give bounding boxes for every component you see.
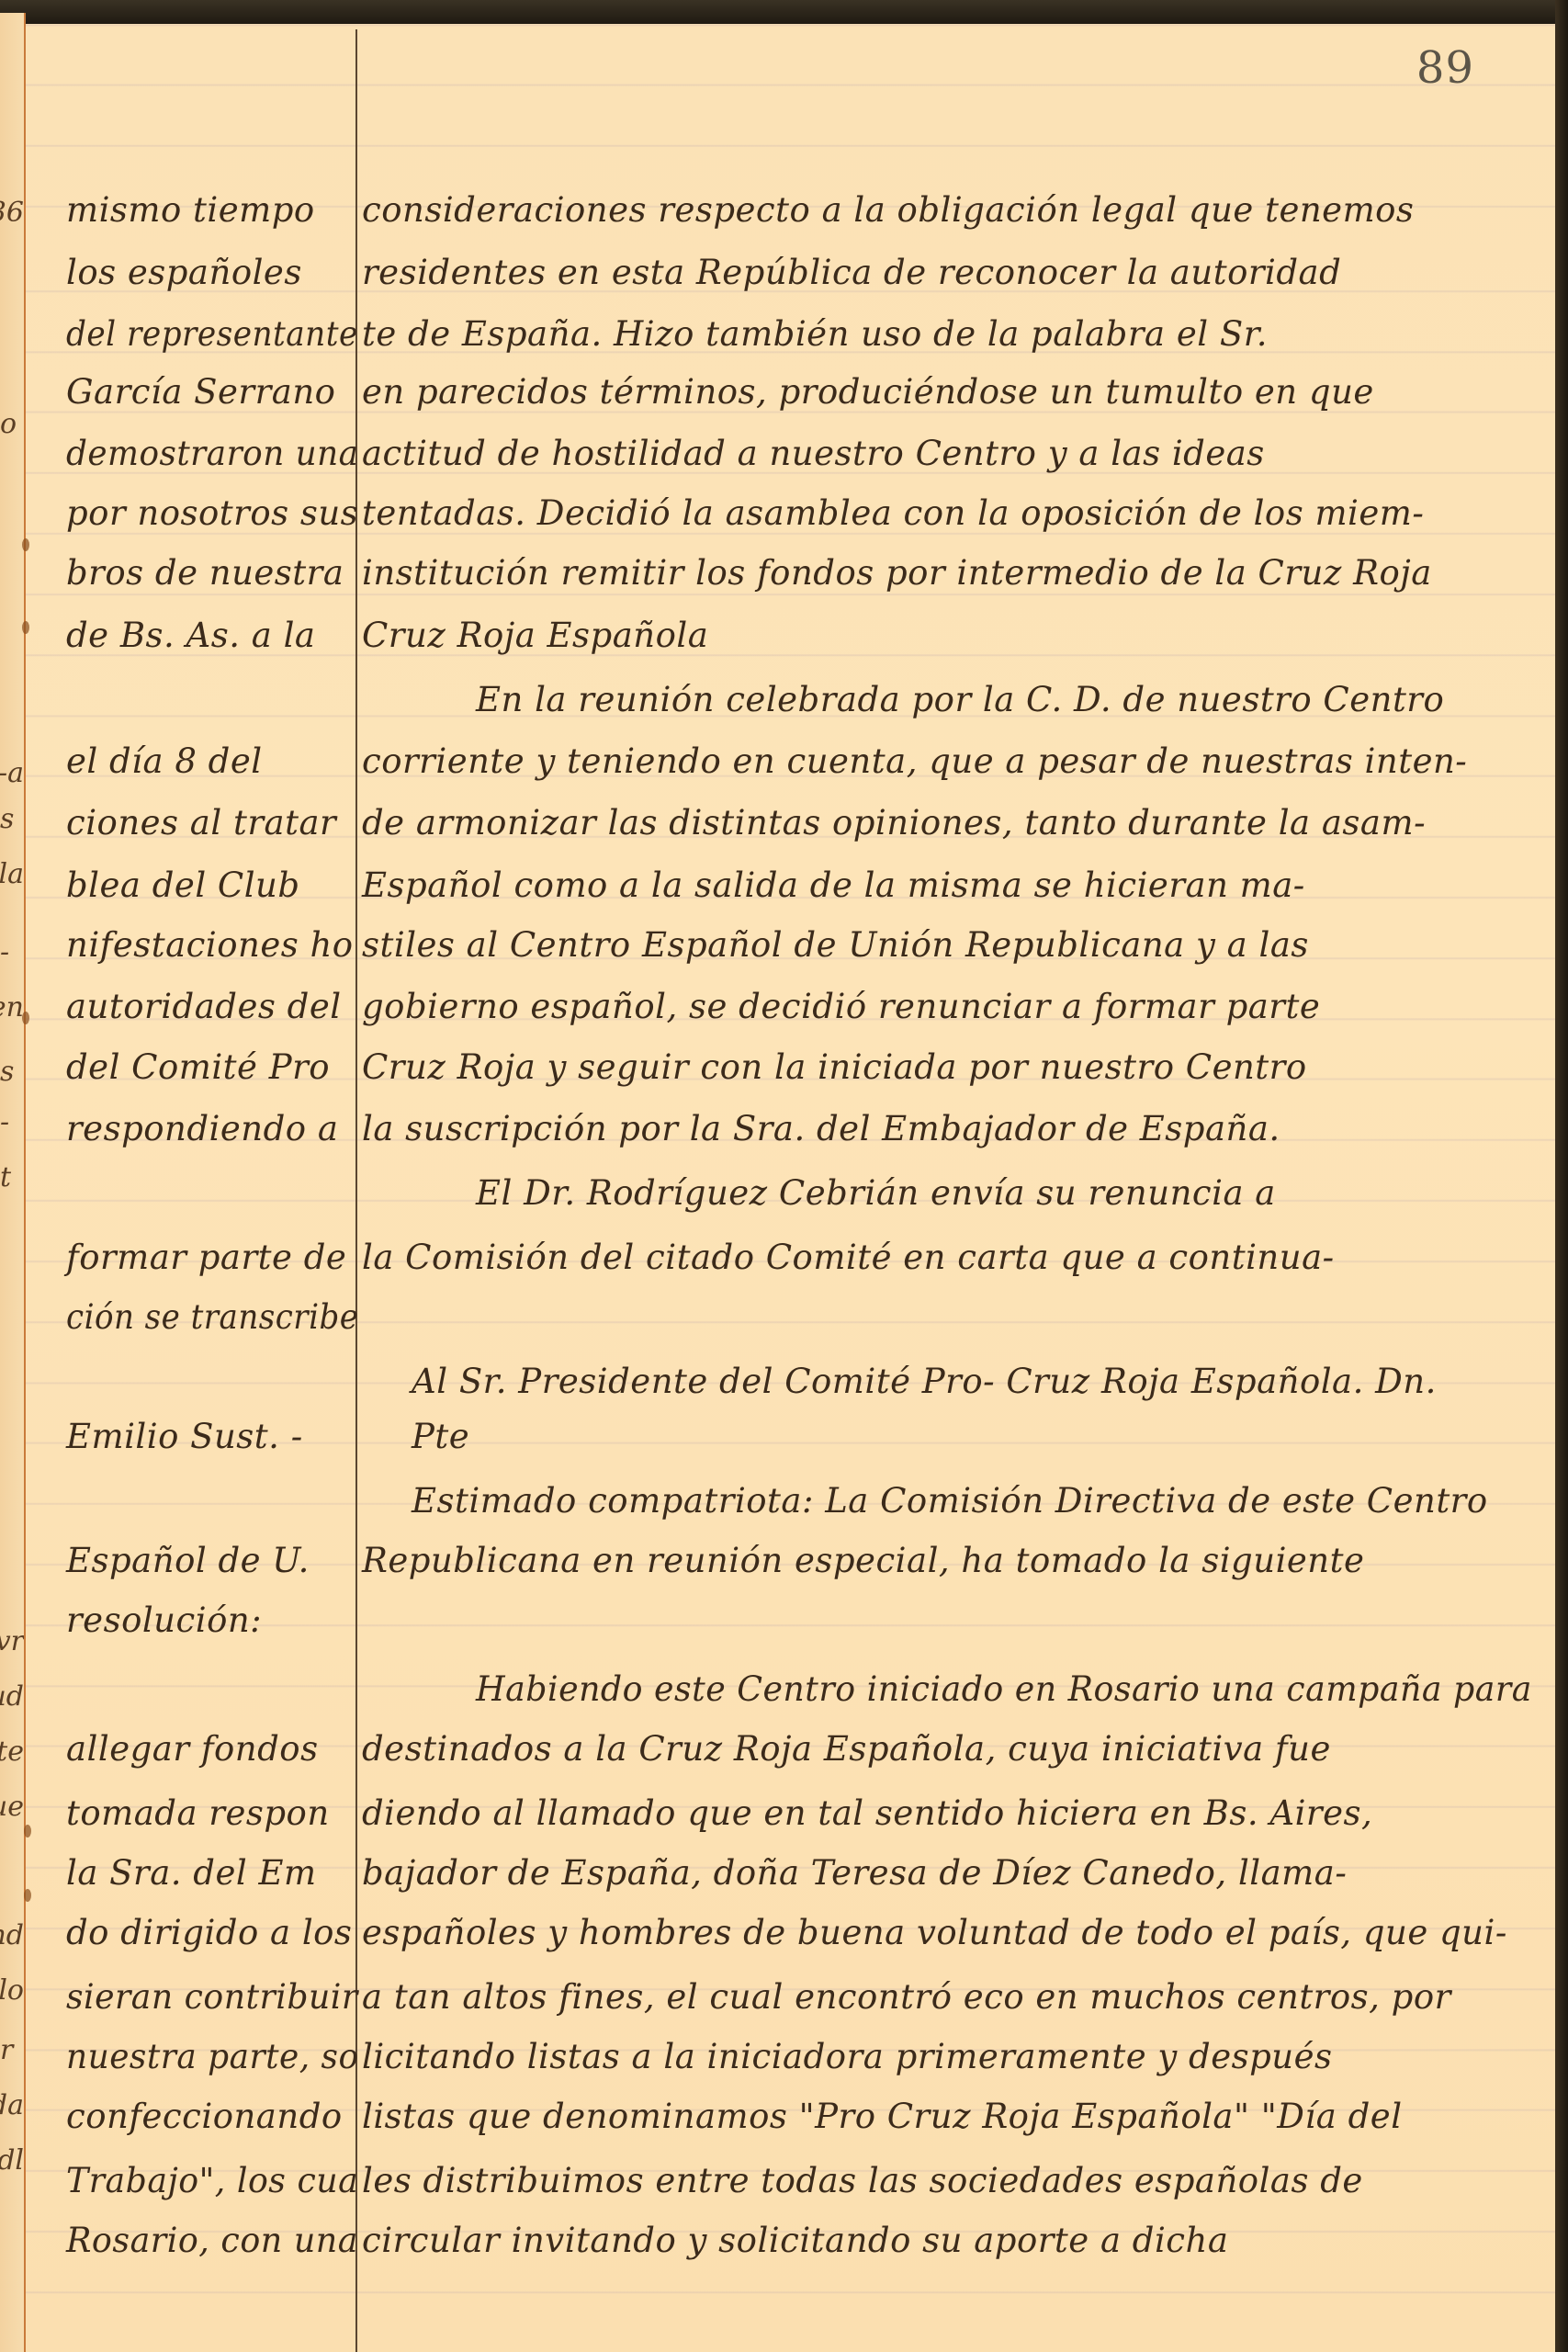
handwritten-line: Trabajo", los cuales distribuimos entre … [26, 2143, 1555, 2208]
margin-column-text: tomada respon [66, 1793, 330, 1833]
main-column-text: residentes en esta República de reconoce… [362, 253, 1341, 292]
margin-column-text: Trabajo", los cua [66, 2161, 358, 2200]
ledger-page: 89 mismo tiempoconsideraciones respecto … [26, 24, 1555, 2352]
handwritten-line: nifestaciones hostiles al Centro Español… [26, 908, 1555, 972]
margin-column-text: ción se transcribe [66, 1297, 358, 1337]
facing-page-fragment: ente [0, 1736, 24, 1768]
handwritten-line: bros de nuestrainstitución remitir los f… [26, 536, 1555, 600]
facing-page-fragment: s [0, 803, 24, 835]
main-column-text: licitando listas a la iniciadora primera… [362, 2037, 1333, 2076]
handwritten-line: ciones al tratarde armonizar las distint… [26, 786, 1555, 850]
main-column-text: Español como a la salida de la misma se … [362, 865, 1305, 905]
handwritten-line: nuestra parte, solicitando listas a la i… [26, 2019, 1555, 2084]
handwritten-line: blea del ClubEspañol como a la salida de… [26, 848, 1555, 912]
facing-page-fragment: la- [0, 858, 24, 890]
handwritten-line: Español de U.Republicana en reunión espe… [26, 1523, 1555, 1588]
facing-page-fragment: o dl [0, 2144, 24, 2177]
handwritten-line: El Dr. Rodríguez Cebrián envía su renunc… [26, 1156, 1555, 1220]
main-column-text: corriente y teniendo en cuenta, que a pe… [362, 741, 1467, 781]
main-column-text: bajador de España, doña Teresa de Díez C… [362, 1853, 1347, 1893]
main-column-text: El Dr. Rodríguez Cebrián envía su renunc… [476, 1173, 1276, 1213]
main-column-text: circular invitando y solicitando su apor… [362, 2221, 1228, 2260]
margin-column-text: blea del Club [66, 865, 300, 905]
main-column-text: listas que denominamos "Pro Cruz Roja Es… [362, 2097, 1403, 2136]
handwritten-line: García Serranoen parecidos términos, pro… [26, 355, 1555, 419]
facing-page-fragment: o [0, 408, 24, 440]
margin-column-text: allegar fondos [66, 1729, 319, 1769]
main-column-text: destinados a la Cruz Roja Española, cuya… [362, 1729, 1331, 1769]
margin-column-text: mismo tiempo [66, 190, 315, 230]
main-column-text: te de España. Hizo también uso de la pal… [362, 314, 1268, 354]
margin-column-text: Rosario, con una [66, 2221, 358, 2260]
facing-page-fragment: nolo [0, 1974, 24, 2007]
page-number: 89 [1416, 42, 1474, 94]
margin-column-text: do dirigido a los [66, 1913, 352, 1952]
margin-column-text: bros de nuestra [66, 553, 344, 593]
main-column-text: institución remitir los fondos por inter… [362, 553, 1432, 593]
facing-page-fragment: - [0, 1106, 24, 1138]
margin-column-text: por nosotros sus [66, 493, 358, 533]
facing-page-fragment: da [0, 2089, 24, 2121]
main-column-text: de armonizar las distintas opiniones, ta… [362, 803, 1426, 842]
main-column-text: tentadas. Decidió la asamblea con la opo… [362, 493, 1424, 533]
facing-page-fragment: - [0, 936, 24, 968]
margin-column-text: autoridades del [66, 987, 342, 1026]
main-column-text: a tan altos fines, el cual encontró eco … [362, 1977, 1451, 2017]
margin-column-text: del Comité Pro [66, 1047, 330, 1087]
margin-column-text: respondiendo a [66, 1109, 338, 1148]
margin-column-text: formar parte de [66, 1238, 346, 1277]
facing-page-edge: 1936oa-sla--en-s-tvr-tudenteuguend.nolor… [0, 13, 26, 2352]
facing-page-fragment: a- [0, 757, 24, 789]
margin-column-text: demostraron una [66, 434, 358, 473]
handwritten-line: En la reunión celebrada por la C. D. de … [26, 662, 1555, 727]
handwritten-line: do dirigido a losespañoles y hombres de … [26, 1895, 1555, 1960]
margin-column-text: Emilio Sust. - [66, 1417, 303, 1456]
main-column-text: En la reunión celebrada por la C. D. de … [476, 680, 1444, 719]
main-column-text: diendo al llamado que en tal sentido hic… [362, 1793, 1372, 1833]
facing-page-fragment: nd. [0, 1919, 24, 1951]
main-column-text: Cruz Roja Española [362, 616, 708, 655]
handwritten-line: resolución: [26, 1583, 1555, 1647]
main-column-text: actitud de hostilidad a nuestro Centro y… [362, 434, 1265, 473]
handwritten-line: demostraron unaactitud de hostilidad a n… [26, 416, 1555, 481]
handwritten-line: el día 8 delcorriente y teniendo en cuen… [26, 724, 1555, 788]
handwritten-line: confeccionandolistas que denominamos "Pr… [26, 2079, 1555, 2143]
handwritten-line: formar parte dela Comisión del citado Co… [26, 1220, 1555, 1284]
margin-column-text: el día 8 del [66, 741, 263, 781]
main-column-text: Republicana en reunión especial, ha toma… [362, 1541, 1364, 1580]
main-column-text: la Comisión del citado Comité en carta q… [362, 1238, 1335, 1277]
handwritten-line: ción se transcribe [26, 1280, 1555, 1344]
handwritten-line: tomada respondiendo al llamado que en ta… [26, 1776, 1555, 1840]
handwritten-line: la Sra. del Embajador de España, doña Te… [26, 1836, 1555, 1900]
main-column-text: Pte [412, 1417, 469, 1456]
margin-column-text: sieran contribuir [66, 1977, 358, 2017]
handwritten-line: de Bs. As. a laCruz Roja Española [26, 598, 1555, 662]
facing-page-fragment: en- [0, 991, 24, 1023]
facing-page-fragment: s [0, 1056, 24, 1088]
handwritten-line: los españolesresidentes en esta Repúblic… [26, 235, 1555, 300]
main-column-text: españoles y hombres de buena voluntad de… [362, 1913, 1507, 1952]
handwritten-line: Estimado compatriota: La Comisión Direct… [26, 1464, 1555, 1528]
handwritten-line: por nosotros sustentadas. Decidió la asa… [26, 476, 1555, 540]
main-column-text: en parecidos términos, produciéndose un … [362, 372, 1374, 412]
main-column-text: Habiendo este Centro iniciado en Rosario… [476, 1669, 1532, 1709]
margin-column-text: confeccionando [66, 2097, 343, 2136]
margin-column-text: de Bs. As. a la [66, 616, 316, 655]
main-column-text: Cruz Roja y seguir con la iniciada por n… [362, 1047, 1307, 1087]
margin-column-text: García Serrano [66, 372, 335, 412]
handwritten-line: del Comité ProCruz Roja y seguir con la … [26, 1030, 1555, 1094]
facing-page-fragment: ugue [0, 1791, 24, 1823]
margin-column-text: los españoles [66, 253, 302, 292]
main-column-text: stiles al Centro Español de Unión Republ… [362, 925, 1309, 965]
facing-page-fragment: vr- [0, 1625, 24, 1657]
facing-page-fragment: 1936 [0, 197, 24, 229]
margin-column-text: ciones al tratar [66, 803, 336, 842]
facing-page-fragment: tud [0, 1680, 24, 1713]
margin-column-text: la Sra. del Em [66, 1853, 317, 1893]
facing-page-fragment: r [0, 2034, 24, 2066]
handwritten-line: del representantete de España. Hizo tamb… [26, 297, 1555, 361]
margin-column-text: resolución: [66, 1600, 262, 1640]
handwritten-line: sieran contribuira tan altos fines, el c… [26, 1960, 1555, 2024]
main-column-text: les distribuimos entre todas las socieda… [362, 2161, 1363, 2200]
facing-page-fragment: t [0, 1161, 24, 1193]
handwritten-line: Rosario, con unacircular invitando y sol… [26, 2203, 1555, 2267]
margin-column-text: del representante [66, 314, 358, 354]
book-cover-top-edge [0, 0, 1568, 24]
handwritten-line: respondiendo ala suscripción por la Sra.… [26, 1091, 1555, 1156]
main-column-text: Estimado compatriota: La Comisión Direct… [412, 1481, 1488, 1521]
handwritten-line: Habiendo este Centro iniciado en Rosario… [26, 1652, 1555, 1716]
margin-column-text: nifestaciones ho [66, 925, 354, 965]
margin-column-text: nuestra parte, so [66, 2037, 359, 2076]
main-column-text: Al Sr. Presidente del Comité Pro- Cruz R… [412, 1362, 1437, 1401]
main-column-text: consideraciones respecto a la obligación… [362, 190, 1414, 230]
handwritten-line: allegar fondosdestinados a la Cruz Roja … [26, 1712, 1555, 1776]
main-column-text: la suscripción por la Sra. del Embajador… [362, 1109, 1280, 1148]
book-cover-right-edge [1555, 0, 1568, 2352]
margin-column-text: Español de U. [66, 1541, 310, 1580]
handwritten-line: autoridades delgobierno español, se deci… [26, 969, 1555, 1034]
handwritten-line: Emilio Sust. -Pte [26, 1399, 1555, 1464]
handwritten-line: mismo tiempoconsideraciones respecto a l… [26, 173, 1555, 237]
main-column-text: gobierno español, se decidió renunciar a… [362, 987, 1320, 1026]
